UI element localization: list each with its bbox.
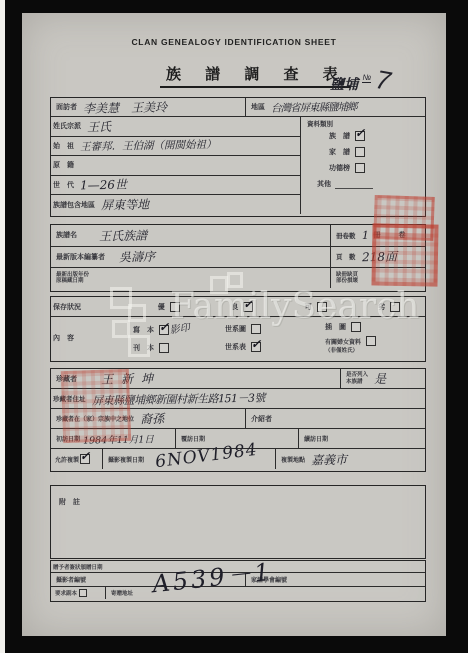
ancestor-label: 始 祖 [51,141,76,151]
content-item-label: 有關婦女資料 [323,337,363,346]
other-fill-line [335,180,373,189]
field-missing-pages: 缺冊缺頁 部份損壞 [331,268,425,288]
address-value: 屏東縣鹽埔鄉新圍村新生路151－3號 [91,389,264,408]
manuscript-checkbox [159,325,169,335]
merit-board-checkbox [355,163,365,173]
request-copy-checkbox [79,589,87,597]
position-value: 裔孫 [140,410,164,427]
copy-place-value: 嘉義市 [311,450,347,468]
content-pedigree-table: 世系表 [223,342,323,352]
volumes-unit-juan: 卷 [397,230,408,240]
field-area: 地區 台灣省屏東縣鹽埔鄉 [246,98,425,116]
introducer-label: 介紹者 [249,414,274,424]
annotation-number: 7 [374,72,391,88]
owner-label: 珍藏者 [54,374,79,384]
category-item-clan-genealogy: 族 譜 [327,131,421,141]
field-surname: 姓氏宗派 王氏 [51,117,300,137]
watermark-logo-square [210,276,228,294]
first-visit-value: 1984年11月1日 [83,431,154,446]
category-item-label: 功德榜 [327,163,352,173]
copy-date-label: 攝影複製日期 [106,455,146,464]
generations-value: 1—26世 [80,176,127,194]
family-genealogy-checkbox [355,147,365,157]
notes-label: 附 註 [57,499,82,506]
watermark-logo-square [128,304,146,322]
address-label: 珍藏者住址 [51,394,88,403]
section-owner-info: 珍藏者 王新坤 是否列入 本族譜 是 珍藏者住址 屏東縣鹽埔鄉新圍村新生路151… [50,368,426,472]
interviewer-value: 李美慧 王美玲 [83,98,167,116]
field-first-visit-date: 初訪日期 1984年11月1日 [51,429,176,448]
ancestor-value: 王審邦．王伯湖（開閩始祖） [80,137,217,154]
section-notes: 附 註 [50,485,426,559]
area-label: 地區 [249,102,267,112]
owner-value: 王新坤 [101,369,161,387]
field-introducer: 介紹者 [246,409,425,428]
genealogy-title-label: 族譜名 [54,230,79,240]
compiler-label: 最新版本編纂者 [54,252,107,262]
copy-place-label: 複製地點 [279,455,307,464]
field-volumes: 冊卷數 1 冊 卷 [331,225,425,246]
field-first-ancestor: 始 祖 王審邦．王伯湖（開閩始祖） [51,137,300,157]
clan-genealogy-checkbox [355,131,365,141]
area-value: 台灣省屏東縣鹽埔鄉 [271,99,357,115]
field-copy-place: 複製地點 嘉義市 [276,449,425,469]
content-item-label: 世系表 [223,342,248,352]
genealogy-form-page: CLAN GENEALOGY IDENTIFICATION SHEET 族 譜 … [22,13,446,636]
compiler-value: 吳濤序 [119,248,155,266]
field-pages: 頁 數 218面 [331,247,425,268]
field-generations: 世 代 1—26世 [51,176,300,196]
field-listed-in-genealogy: 是否列入 本族譜 是 [341,369,425,388]
listed-label: 是否列入 本族譜 [344,372,370,385]
field-genealogy-title: 族譜名 王氏族譜 [51,225,331,246]
coverage-value: 屏東等地 [101,196,149,214]
volumes-unit-ce: 冊 [372,230,383,240]
annotation-place: 鹽埔 [330,76,358,92]
condition-item-label: 優 [156,302,167,312]
scanned-microfilm-frame: CLAN GENEALOGY IDENTIFICATION SHEET 族 譜 … [0,0,468,653]
familysearch-watermark: FamilySearch [170,286,420,327]
field-interviewer: 面訪者 李美慧 王美玲 [51,98,246,116]
field-followup-visit-date: 續訪日期 [299,429,425,448]
handwritten-page-annotation: 鹽埔 № 7 [330,73,390,94]
form-title-chinese: 族 譜 調 查 表 [160,63,350,88]
pedigree-table-checkbox [251,342,261,352]
copy-permission-checkbox [80,454,90,464]
listed-value: 是 [374,370,386,387]
content-item-label: 寫 本 [131,325,156,335]
second-visit-label: 覆訪日期 [179,434,207,443]
request-copy-label: 要求副本 [54,589,78,597]
surname-value: 王氏 [87,118,111,135]
donor-date-label: 贈予者簽狀頒贈日期 [51,563,105,571]
annotation-no-label: № [362,73,371,83]
volumes-value: 1 [361,229,368,242]
content-women-data: 有關婦女資料 （非僅姓氏） [323,336,419,354]
pubyear-label: 最新出版年份 原稿藏日期 [54,272,91,285]
genealogy-title-value: 王氏族譜 [99,226,147,244]
category-item-other: 其他 [315,179,421,189]
origin-label: 原 籍 [51,160,76,170]
category-other-label: 其他 [315,179,333,189]
watermark-logo-square [227,272,243,288]
watermark-logo-square [128,335,150,357]
field-request-copy: 要求副本 [51,587,106,599]
form-header-title: CLAN GENEALOGY IDENTIFICATION SHEET [22,37,446,47]
category-item-label: 族 譜 [327,131,352,141]
photographer-no-label: 攝影者編號 [54,575,88,584]
field-coverage-area: 族譜包含地區 屏東等地 [51,195,300,214]
missing-label: 缺冊缺頁 部份損壞 [334,272,360,285]
field-owner-position: 珍藏者在（家）宗族中之地位 裔孫 [51,409,246,428]
copy-permission-label: 允許複製 [54,455,80,464]
field-copy-date: 攝影複製日期 6NOV1984 [103,449,276,469]
generations-label: 世 代 [51,180,76,190]
followup-visit-label: 續訪日期 [302,434,330,443]
field-origin: 原 籍 [51,156,300,176]
women-data-checkbox [366,336,376,346]
field-compiler: 最新版本編纂者 吳濤序 [51,247,331,268]
field-owner-address: 珍藏者住址 屏東縣鹽埔鄉新圍村新生路151－3號 [51,389,425,409]
interviewer-label: 面訪者 [54,102,79,112]
position-label: 珍藏者在（家）宗族中之地位 [54,414,136,423]
volumes-label: 冊卷數 [334,231,358,240]
field-copy-permission: 允許複製 [51,449,103,469]
category-item-label: 家 譜 [327,147,352,157]
pages-value: 218面 [361,248,396,266]
section-basic-info: 面訪者 李美慧 王美玲 地區 台灣省屏東縣鹽埔鄉 姓氏宗派 王氏 始 祖 王審 [50,97,426,217]
film-edge-strip [0,0,5,653]
pages-label: 頁 數 [334,252,358,261]
field-data-category: 資料類別 族 譜 家 譜 功德榜 其他 [301,117,425,214]
category-item-merit-board: 功德榜 [327,163,421,173]
field-publication-year: 最新出版年份 原稿藏日期 [51,268,331,288]
first-visit-label: 初訪日期 [54,434,82,443]
coverage-label: 族譜包含地區 [51,200,97,210]
mailing-label: 寄贈地址 [109,589,135,597]
surname-label: 姓氏宗派 [51,121,83,131]
category-item-family-genealogy: 家 譜 [327,147,421,157]
field-notes: 附 註 [51,486,425,514]
printed-checkbox [159,343,169,353]
field-owner: 珍藏者 王新坤 [51,369,341,388]
women-data-sublabel: （非僅姓氏） [323,346,360,354]
